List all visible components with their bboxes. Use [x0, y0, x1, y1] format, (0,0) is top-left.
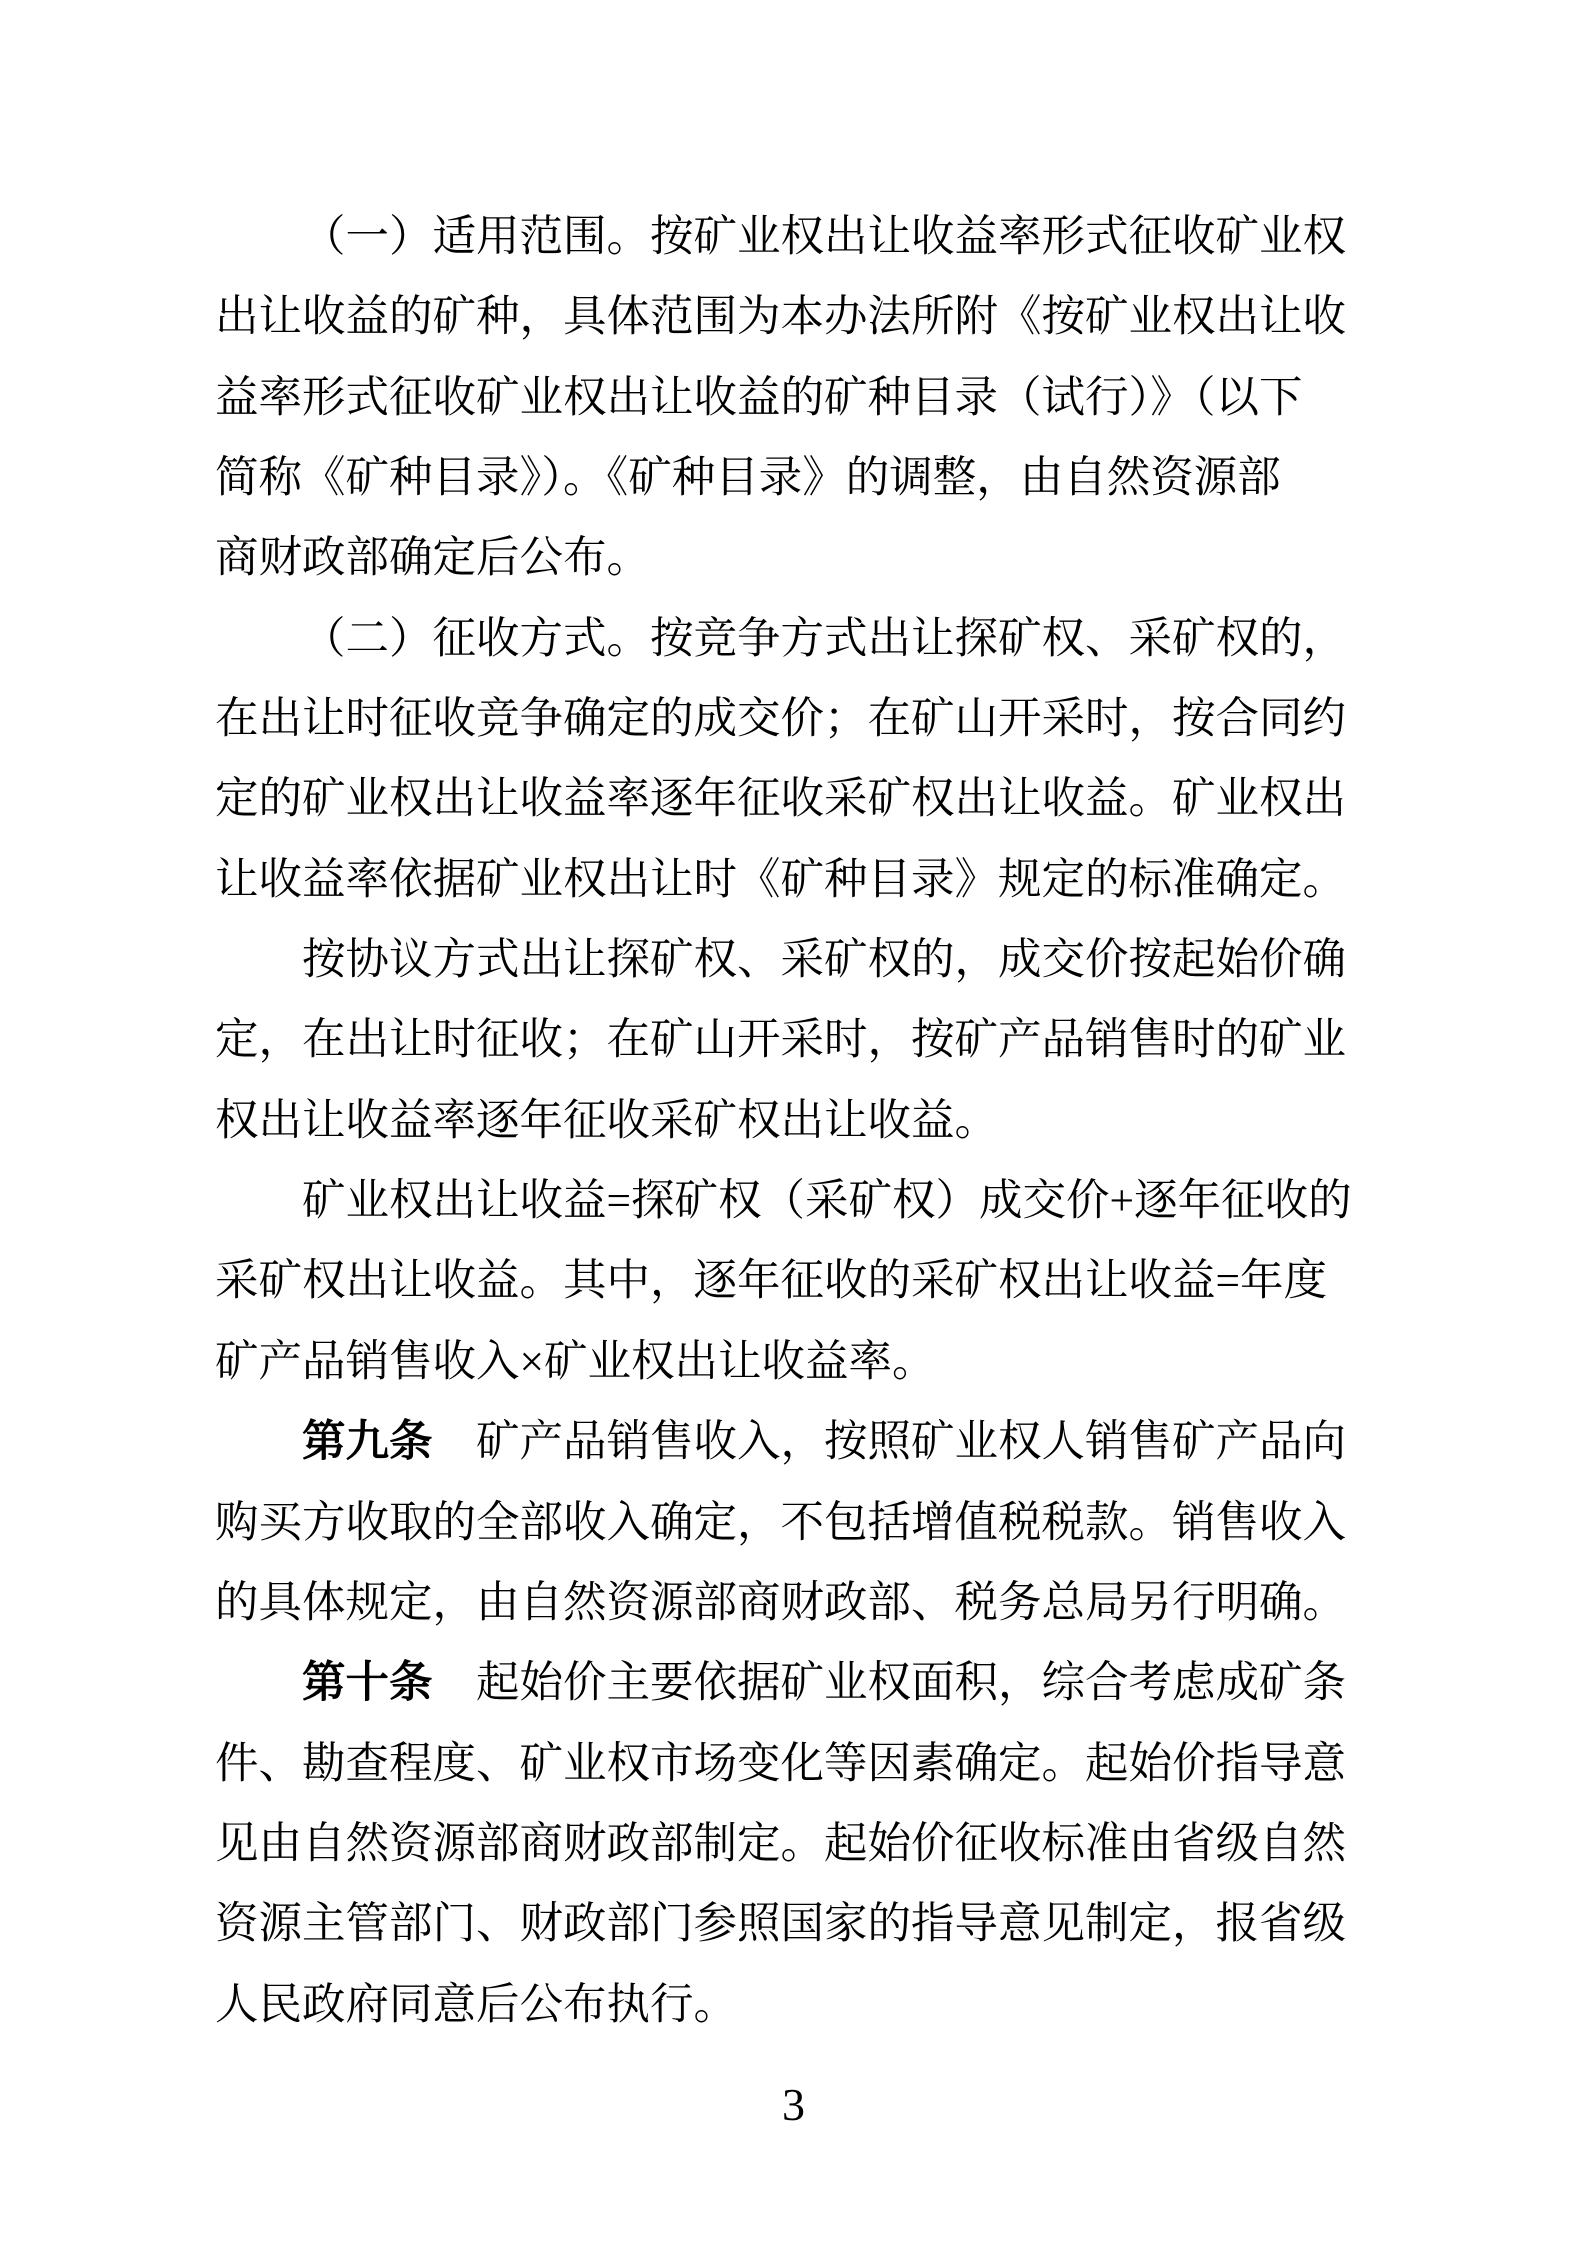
text-line: （一）适用范围。按矿业权出让收益率形式征收矿业权 [215, 197, 1347, 277]
text-line: 人民政府同意后公布执行。 [215, 1965, 1347, 2045]
text-line: （二）征收方式。按竞争方式出让探矿权、采矿权的， [215, 599, 1347, 679]
text-line: 件、勘查程度、矿业权市场变化等因素确定。起始价指导意 [215, 1724, 1347, 1804]
text-line: 第九条 矿产品销售收入，按照矿业权人销售矿产品向 [215, 1402, 1347, 1482]
text-run: 采矿权出让收益。其中，逐年征收的采矿权出让收益=年度 [215, 1257, 1327, 1305]
document-page: （一）适用范围。按矿业权出让收益率形式征收矿业权出让收益的矿种，具体范围为本办法… [0, 0, 1587, 2245]
text-run: 定，在出让时征收；在矿山开采时，按矿产品销售时的矿业 [215, 1016, 1346, 1064]
text-run: 出让收益的矿种，具体范围为本办法所附《按矿业权出让收 [215, 293, 1346, 341]
text-line: 矿业权出让收益=探矿权（采矿权）成交价+逐年征收的 [215, 1161, 1347, 1241]
text-run: 权出让收益率逐年征收采矿权出让收益。 [215, 1097, 998, 1145]
page-number: 3 [0, 2073, 1587, 2137]
text-line: 第十条 起始价主要依据矿业权面积，综合考虑成矿条 [215, 1643, 1347, 1723]
text-line: 采矿权出让收益。其中，逐年征收的采矿权出让收益=年度 [215, 1241, 1347, 1321]
text-line: 见由自然资源部商财政部制定。起始价征收标准由省级自然 [215, 1804, 1347, 1884]
text-line: 的具体规定，由自然资源部商财政部、税务总局另行明确。 [215, 1563, 1347, 1643]
article-heading-run: 第十条 [302, 1659, 433, 1707]
text-line: 矿产品销售收入×矿业权出让收益率。 [215, 1322, 1347, 1402]
text-run: 在出让时征收竞争确定的成交价；在矿山开采时，按合同约 [215, 695, 1346, 743]
text-run: 简称《矿种目录》）。《矿种目录》的调整，由自然资源部 [215, 454, 1281, 502]
text-run: 件、勘查程度、矿业权市场变化等因素确定。起始价指导意 [215, 1740, 1346, 1788]
text-run: 让收益率依据矿业权出让时《矿种目录》规定的标准确定。 [215, 856, 1346, 904]
text-line: 定，在出让时征收；在矿山开采时，按矿产品销售时的矿业 [215, 1000, 1347, 1080]
text-run: 定的矿业权出让收益率逐年征收采矿权出让收益。矿业权出 [215, 775, 1346, 823]
text-run: 资源主管部门、财政部门参照国家的指导意见制定，报省级 [215, 1900, 1346, 1948]
text-line: 商财政部确定后公布。 [215, 518, 1347, 598]
text-run: 矿产品销售收入，按照矿业权人销售矿产品向 [433, 1418, 1347, 1466]
text-line: 权出让收益率逐年征收采矿权出让收益。 [215, 1081, 1347, 1161]
text-line: 定的矿业权出让收益率逐年征收采矿权出让收益。矿业权出 [215, 759, 1347, 839]
text-run: 见由自然资源部商财政部制定。起始价征收标准由省级自然 [215, 1820, 1346, 1868]
text-line: 资源主管部门、财政部门参照国家的指导意见制定，报省级 [215, 1884, 1347, 1964]
text-line: 购买方收取的全部收入确定，不包括增值税税款。销售收入 [215, 1483, 1347, 1563]
text-run: 人民政府同意后公布执行。 [215, 1981, 737, 2029]
text-run: 矿业权出让收益=探矿权（采矿权）成交价+逐年征收的 [302, 1177, 1352, 1225]
text-run: 的具体规定，由自然资源部商财政部、税务总局另行明确。 [215, 1579, 1346, 1627]
document-body: （一）适用范围。按矿业权出让收益率形式征收矿业权出让收益的矿种，具体范围为本办法… [215, 197, 1347, 2045]
text-run: 商财政部确定后公布。 [215, 534, 650, 582]
text-line: 在出让时征收竞争确定的成交价；在矿山开采时，按合同约 [215, 679, 1347, 759]
text-line: 让收益率依据矿业权出让时《矿种目录》规定的标准确定。 [215, 840, 1347, 920]
text-line: 益率形式征收矿业权出让收益的矿种目录（试行）》（以下 [215, 358, 1347, 438]
text-line: 简称《矿种目录》）。《矿种目录》的调整，由自然资源部 [215, 438, 1347, 518]
text-line: 出让收益的矿种，具体范围为本办法所附《按矿业权出让收 [215, 277, 1347, 357]
text-run: （一）适用范围。按矿业权出让收益率形式征收矿业权 [302, 213, 1346, 261]
text-run: 益率形式征收矿业权出让收益的矿种目录（试行）》（以下 [215, 374, 1303, 422]
text-run: （二）征收方式。按竞争方式出让探矿权、采矿权的， [302, 615, 1346, 663]
text-run: 按协议方式出让探矿权、采矿权的，成交价按起始价确 [302, 936, 1346, 984]
text-line: 按协议方式出让探矿权、采矿权的，成交价按起始价确 [215, 920, 1347, 1000]
text-run: 购买方收取的全部收入确定，不包括增值税税款。销售收入 [215, 1499, 1346, 1547]
text-run: 起始价主要依据矿业权面积，综合考虑成矿条 [433, 1659, 1347, 1707]
text-run: 矿产品销售收入×矿业权出让收益率。 [215, 1338, 936, 1386]
article-heading-run: 第九条 [302, 1418, 433, 1466]
